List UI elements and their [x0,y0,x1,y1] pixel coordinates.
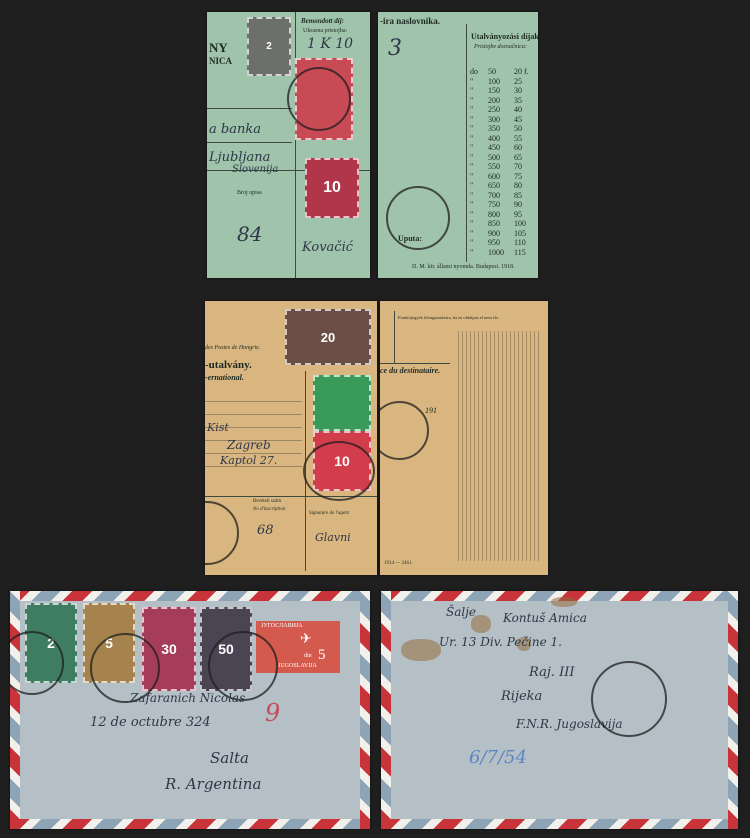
imprint-top: ЈУГОСЛАВИЈА [261,623,303,629]
destinataire-heading: ce du destinataire. [380,366,440,375]
handwritten-city: Ljubljana [209,150,270,165]
heading-2: NICA [209,56,232,66]
fee-sublabel: Ukrasna pristojba: [303,28,347,34]
handwritten-number: 84 [237,222,262,246]
sender-line-5: Rijeka [501,689,542,704]
register-label: Broj upisa [237,190,262,196]
sender-line-1: Šalje [446,605,476,619]
address-name: Zafaranich Nicolas [130,691,245,705]
green-money-order-back[interactable]: -ira naslovnika. Utalványozási díjak: Pr… [378,12,538,278]
handwritten-fee: 1 K 10 [307,36,353,52]
rate-table: do5020 f."10025"15030"20035"25040"30045"… [470,67,536,257]
fee-label: Bemondott díj: [301,17,344,25]
imprinted-stamp: 2 [247,17,291,76]
heading-2: -ernational. [205,373,244,382]
imprint-unit: din [304,653,312,659]
tan-money-order-front[interactable]: -utalvány. -ernational. des Postes de Ho… [205,301,377,575]
green-stamp [313,375,371,431]
tan-money-order-back[interactable]: Frankójegyek felragasztására, ha az olda… [380,301,548,575]
blue-date-note: 6/7/54 [469,747,527,768]
handwritten-street: Kaptol 27. [220,454,277,467]
address-city: Salta [210,749,249,767]
postmark [287,67,351,131]
handwritten-country: Slovenija [232,164,278,175]
postmark [380,401,429,460]
agent-signature-label: Signature de l'agent [309,511,349,516]
printer-footer: D. M. kir. állami nyomda. Budapest. 1918… [412,264,515,270]
handwritten-city: Zagreb [227,438,271,452]
print-footer: 1914 — 2461. [384,561,413,566]
hungary-text: des Postes de Hongrie. [205,345,260,351]
upute-label: Uputa: [398,234,422,243]
rates-subheading: Pristojbe doznačnica: [474,44,527,50]
sender-line-2: Kontuš Amica [503,611,587,625]
handwritten-name: Kist [207,421,229,434]
imprint-bottom: JUGOSLAVIJA [278,663,317,669]
carmine-10-stamp: 10 [305,158,359,218]
red-mark: 9 [265,699,280,727]
airplane-icon: ✈ [300,631,312,648]
sender-line-3: Ur. 13 Div. Pečine 1. [439,635,562,649]
address-street: 12 de octubre 324 [90,715,211,730]
brown-20-stamp: 20 [285,309,371,365]
register-label: Bevételi szám [253,499,281,504]
airmail-cover-front[interactable]: 2 5 30 50 ЈУГОСЛАВИЈА ✈ din 5 JUGOSLAVIJ… [10,591,370,829]
top-text: Frankójegyek felragasztására, ha az olda… [398,315,499,320]
sender-line-4: Raj. III [529,665,575,680]
postmark [205,501,239,565]
address-country: R. Argentina [165,775,261,793]
heading-1: -utalvány. [205,359,252,371]
handwritten-number: 3 [388,36,402,61]
green-money-order-front[interactable]: NY NICA 2 Bemondott díj: Ukrasna pristoj… [207,12,370,278]
back-heading: -ira naslovnika. [380,16,440,26]
imprint-denomination: 5 [318,647,326,664]
postmark [591,661,667,737]
handwritten-number: 68 [257,523,274,538]
handwritten-signature: Glavni [315,531,351,544]
handwritten-signature: Kovačić [302,240,353,255]
heading-1: NY [209,40,228,56]
postmark [303,441,375,501]
year-field: 191 [425,406,437,415]
airmail-cover-back[interactable]: Šalje Kontuš Amica Ur. 13 Div. Pečine 1.… [381,591,738,829]
inscription-label: No d'inscription [253,507,285,512]
rates-heading: Utalványozási díjak: [471,32,538,41]
handwritten-addressee: a banka [209,122,261,137]
vertical-text-block [455,331,540,561]
